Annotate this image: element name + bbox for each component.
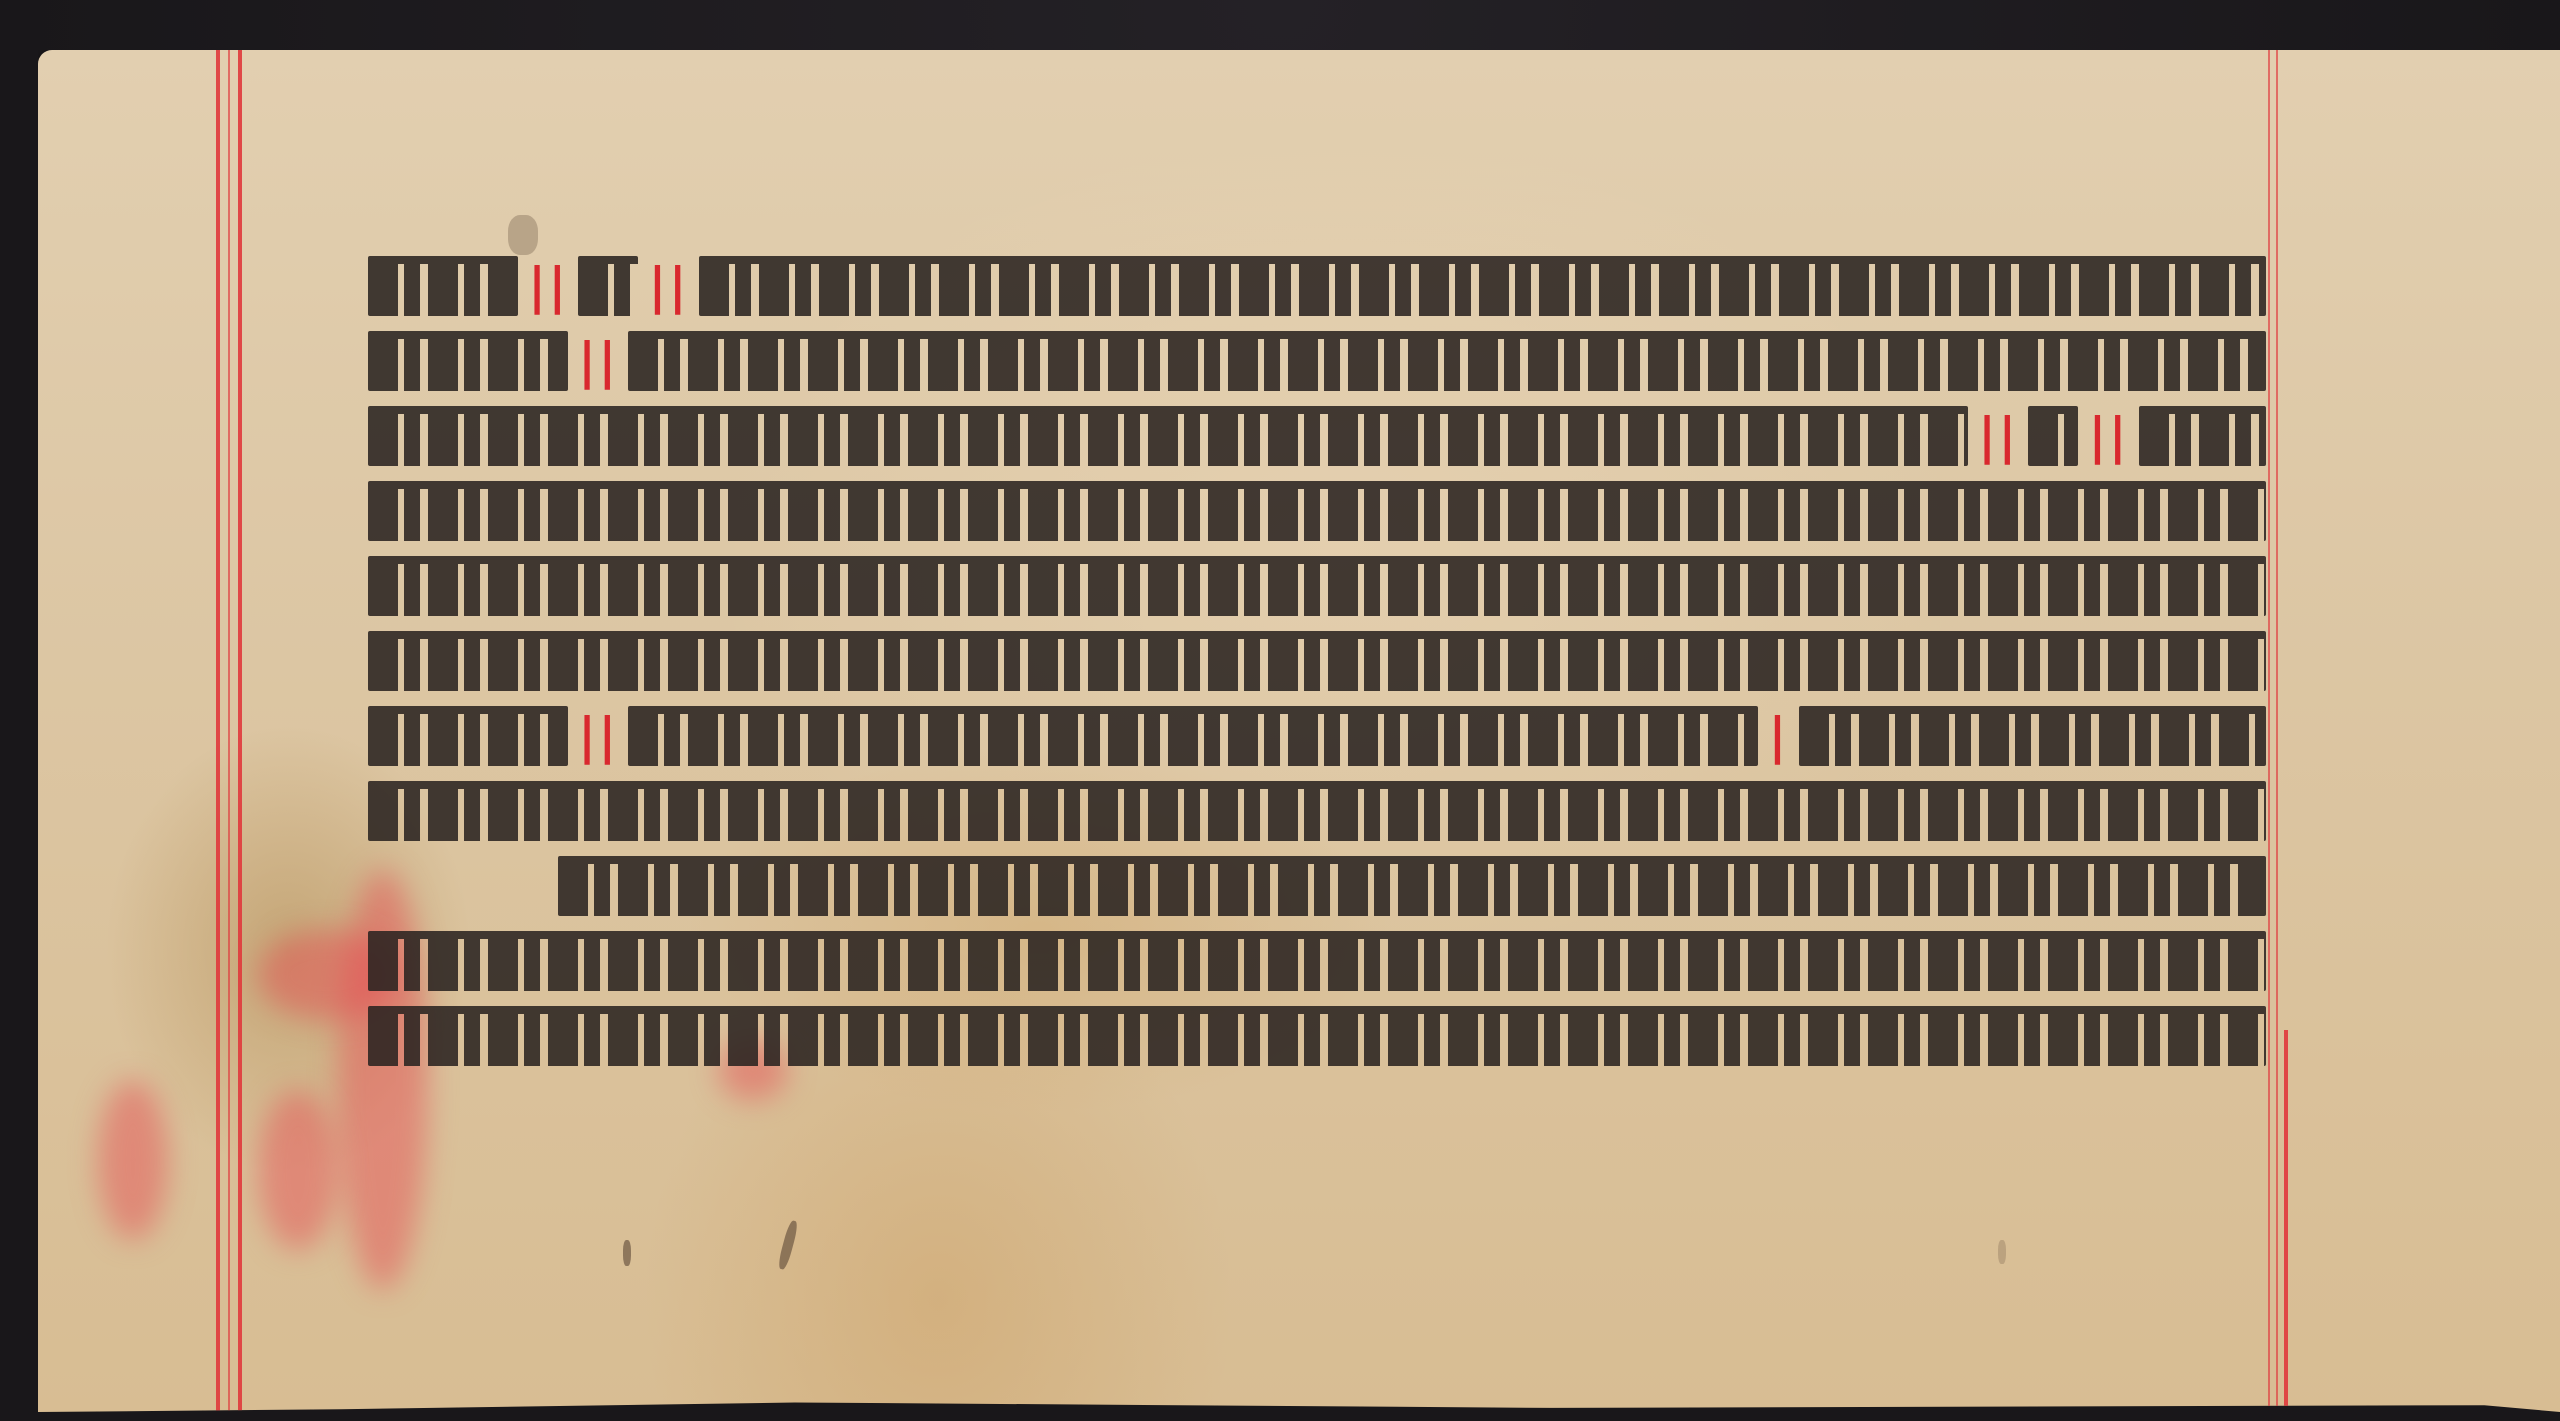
manuscript-line-4	[368, 473, 2266, 548]
manuscript-line-8	[368, 773, 2266, 848]
left-margin-ruling	[228, 50, 230, 1412]
red-pigment-smear	[258, 1090, 338, 1250]
right-margin-ruling	[2284, 1030, 2288, 1412]
manuscript-line-9	[368, 848, 2266, 923]
paper-speck	[1998, 1240, 2006, 1264]
manuscript-line-6	[368, 623, 2266, 698]
manuscript-line-11	[368, 998, 2266, 1073]
right-margin-ruling	[2268, 50, 2270, 1412]
manuscript-text-block: || || opening invocation with red double…	[368, 248, 2266, 1073]
red-single-danda: |	[1768, 706, 1788, 765]
red-double-danda: ||	[578, 706, 618, 765]
red-double-danda: ||	[578, 331, 618, 390]
red-double-danda: ||	[1978, 406, 2018, 465]
paper-speck	[623, 1240, 631, 1266]
manuscript-line-5	[368, 548, 2266, 623]
manuscript-line-2: ||	[368, 323, 2266, 398]
manuscript-line-10	[368, 923, 2266, 998]
manuscript-line-7: || |	[368, 698, 2266, 773]
right-margin-ruling	[2276, 50, 2278, 1412]
left-margin-ruling	[216, 50, 220, 1412]
left-margin-ruling	[238, 50, 242, 1412]
manuscript-line-3: || ||	[368, 398, 2266, 473]
manuscript-line-1: || || opening invocation with red double…	[368, 248, 2266, 323]
red-pigment-smear	[98, 1080, 168, 1240]
paper-speck	[777, 1220, 800, 1271]
red-double-danda: ||	[2088, 406, 2128, 465]
